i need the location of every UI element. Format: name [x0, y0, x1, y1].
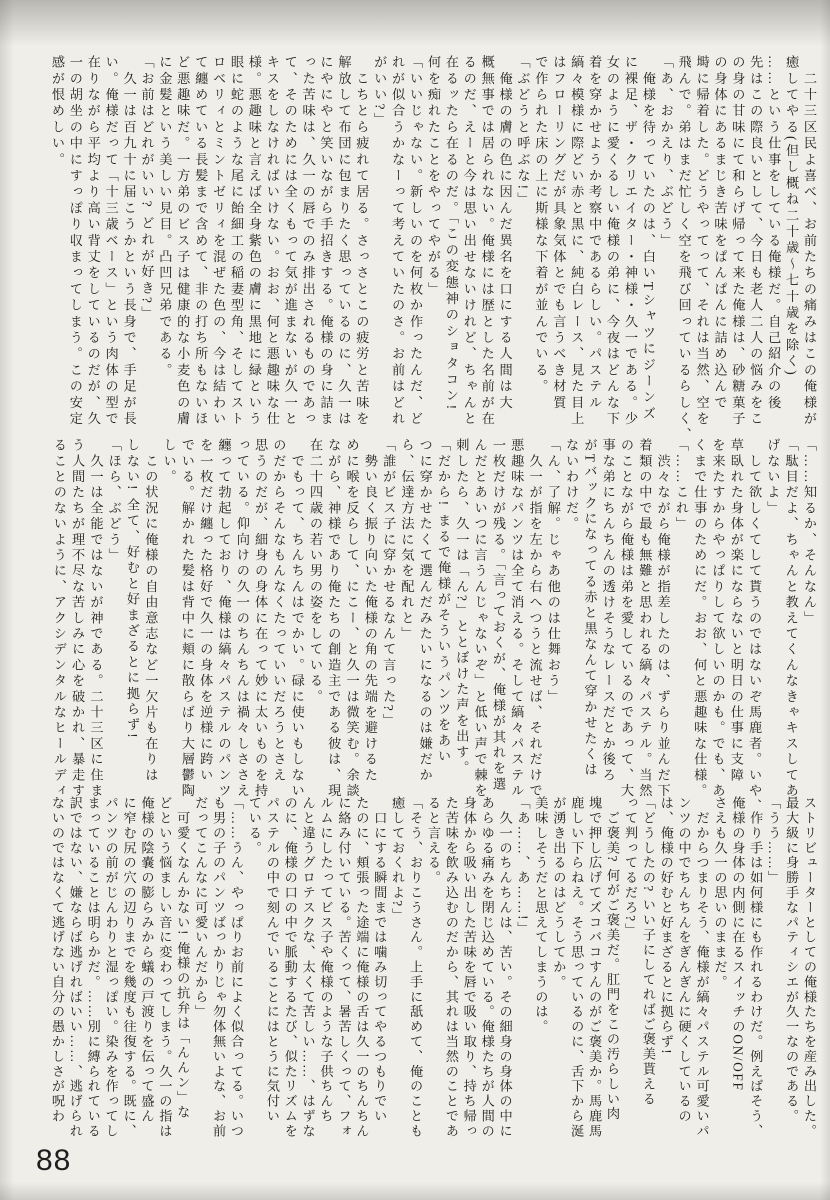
text-block-1: 二十三区民よ喜べ、お前たちの痛みはこの俺様が癒してやる(但し概ね二十歳〜七十歳を…	[44, 55, 818, 433]
text-column: 口にする瞬間までは噛み切ってやるつもりでい	[370, 796, 388, 1142]
text-column: 草臥れた身体が楽にならないと明日の仕事に支障	[727, 438, 745, 802]
text-column: 身体から吸い出した苦味を唇で吸い取り、持ち帰っ	[460, 796, 478, 1142]
text-column: ながら、神様であり俺たちの創造主である彼は、現	[324, 438, 342, 802]
text-column: 「……知るか、そんなん」	[800, 438, 818, 802]
text-column: に金髪という美しい見目。凸凹兄弟である。	[155, 55, 173, 433]
text-column: 二十三区民よ喜べ、お前たちの痛みはこの俺様が	[800, 55, 818, 433]
text-column: 悪趣味なパンツは全て消える。そして縞々パステル	[507, 438, 525, 802]
text-column: 作り手は如何様にも作れるわけだ。例えばそう、	[746, 796, 764, 1142]
text-column: 解放して布団に包まりたく思っているのに、久一は	[335, 55, 353, 433]
text-column: 「……これ」	[672, 438, 690, 802]
text-column: 俺様を待っていたのは、白いTシャツにジーンズ	[639, 55, 657, 433]
text-column: が湧き出るのはどうしてか。	[549, 796, 567, 1142]
text-block-3: ストリビューターとしての俺様たちを産み出した。最大級に身勝手なパティシエが久一な…	[44, 796, 818, 1142]
text-column: のことながら俺様は弟を愛しているのであって、大	[617, 438, 635, 802]
text-column: んと違うグロテスクな、太くて苦しい……、はずな	[299, 796, 317, 1142]
text-column: ないわけだ。	[562, 438, 580, 802]
text-column: のだからそんなもんなくたっていいだろうとさえ	[269, 438, 287, 802]
text-column: い。俺様だって「十三歳ベース」という肉体の型で	[102, 55, 120, 433]
text-column: 在二十四歳の若い男の姿をしている。	[306, 438, 324, 802]
text-column: ど悪趣味だ。一方弟のビス子は健康的な小麦色の膚	[173, 55, 191, 433]
text-column: 久一のちんちんは、苦い。その細身の身体の中に	[496, 796, 514, 1142]
text-column: あらゆる痛みを閉じ込めている。俺様たちが人間の	[478, 796, 496, 1142]
text-column: 「そう、おりこうさん。上手に舐めて、俺のことも	[406, 796, 424, 1142]
text-column: 事な弟にちんちんの透けそうなレースだとか後ろ	[598, 438, 616, 802]
text-column: に窄む尻の穴の辺りまでを幾度も往復する。既に、	[120, 796, 138, 1142]
text-block-2: 「……知るか、そんなん」「駄目だよ、ちゃんと教えてくんなきゃキスしてあげないよ」…	[44, 438, 818, 802]
text-column: しない! 全て、好むと好まざるとに拠らず!	[123, 438, 141, 802]
text-column: て纏めている長髪まで含めて、非の打ち所もないほ	[191, 55, 209, 433]
text-column: ることのないように、アクシデンタルなヒールディ	[50, 438, 68, 802]
text-column: 縞々模様に際どい赤と黒に、純白レース、見た目上	[567, 55, 585, 433]
text-column: 「あ、おかえり、ぶどう」	[657, 55, 675, 433]
text-column: 俺様の陰嚢の膨らみから蟻の戸渡りを伝って盛ん	[138, 796, 156, 1142]
text-column: さえも久一の思いのままだ。	[711, 796, 729, 1142]
text-column: 感が恨めしい。	[48, 55, 66, 433]
text-column: どという悩ましい音に変わってしまう。久一の指は	[155, 796, 173, 1142]
text-column: 塒に帰着した。どうやってって、それは当然、空を	[693, 55, 711, 433]
text-column: 眼に蛇のような尾に飴細工の稲妻型角、そしてスト	[227, 55, 245, 433]
page-number: 88	[36, 1144, 71, 1178]
text-column: 美味しそうだと思えてしまうのは。	[532, 796, 550, 1142]
scan-shadow-left	[0, 0, 14, 1200]
text-column: しい。	[159, 438, 177, 802]
text-column: 鹿しい下らねえ。そう思っているのに、舌下から涎	[567, 796, 585, 1142]
text-column: 何を痴れたことをやってやがる」	[424, 55, 442, 433]
scanned-page: 二十三区民よ喜べ、お前たちの痛みはこの俺様が癒してやる(但し概ね二十歳〜七十歳を…	[0, 0, 830, 1200]
text-column: 癒しておくれよ?」	[388, 796, 406, 1142]
text-column: まっていることは明らかだ。……別に縛られている	[84, 796, 102, 1142]
text-column: るのだ、えーと今は思い出せないけれど、ちゃんと	[460, 55, 478, 433]
text-column: 刺したら、久一は「ん?」ととぼけた声を出す。	[452, 438, 470, 802]
text-column: がいい?」	[370, 55, 388, 433]
text-column: 在りながら平均より高い背丈をしているのだが、久	[84, 55, 102, 433]
text-column: 「ぶどうと呼ぶな!」	[514, 55, 532, 433]
text-column: たのに、頬張った途端に俺様の舌は久一のちんちん	[352, 796, 370, 1142]
text-column: パステルの中で刻んでいることにはとうに気付い	[263, 796, 281, 1142]
text-column: にやにやと笑いながら手招きする。俺様の身に詰ま	[317, 55, 335, 433]
text-column: 様。悪趣味と言えば全身紫色の膚に黒地に緑という	[245, 55, 263, 433]
text-column: 癒してやる(但し概ね二十歳〜七十歳を除く)	[782, 55, 800, 433]
text-column: ら、伝達方法に気を配れと」	[397, 438, 415, 802]
text-column: でもって、ちんちんはでかい。碌に使いもしない	[287, 438, 305, 802]
text-column: れが似合うかなーって考えていたのさ。お前はどれ	[388, 55, 406, 433]
text-column: くまで仕事のためにだ。おお、何と悪趣味な仕様。	[690, 438, 708, 802]
text-column: のに、俺様の口の中で脈動するたび、似たリズムを	[281, 796, 299, 1142]
text-column: 着類の中で最も無難と思われる縞々パステル。当然	[635, 438, 653, 802]
text-column: 思うのだが、細身の身体に在って妙に太いものを持	[251, 438, 269, 802]
text-column: ないのではなくて逃げない自分の愚かしさが呪わ	[48, 796, 66, 1142]
text-column: た苦味を飲み込むのだから、其れは当然のことであ	[442, 796, 460, 1142]
text-column: がTバックになってる赤と黒なんて穿かせたくは	[580, 438, 598, 802]
text-column: 「駄目だよ、ちゃんと教えてくんなきゃキスしてあ	[781, 438, 799, 802]
text-column: 最大級に身勝手なパティシエが久一なのである。	[782, 796, 800, 1142]
text-column: 飛んで。弟はまだ忙しく空を飛び回っているらしく、	[675, 55, 693, 433]
text-column: この状況に俺様の自由意志など一欠片も在りは	[141, 438, 159, 802]
text-column: 俺様の身体の内側に在るスイッチのON/OFF	[728, 796, 746, 1142]
text-column: った苦味は、久一の唇でのみ排出されるものであっ	[299, 55, 317, 433]
text-column: て、そのためには全くもって気が進まないが久一と	[281, 55, 299, 433]
text-column: 一枚だけが残る。「言っておくが、俺様が其れを選	[489, 438, 507, 802]
text-column: 久一は百九十に届こうかという長身で、手足が長	[120, 55, 138, 433]
text-column: を来たすからやっぱりして欲しいのかも。でも、あ	[708, 438, 726, 802]
text-column: でいる。解かれた髪は背中に頬に散らばり大層鬱陶	[178, 438, 196, 802]
text-column: 訳ではない、嫌ならば逃げればいい……、逃げられ	[66, 796, 84, 1142]
scan-shadow-bottom	[0, 1182, 830, 1200]
text-column: げないよ」	[763, 438, 781, 802]
text-column: ている。	[245, 796, 263, 1142]
text-column: 在るッたら在るのだ。「この変態神のショタコン!	[442, 55, 460, 433]
text-column: 「お前はどれがいい? どれが好き?」	[138, 55, 156, 433]
text-column: 「……うん、やっぱりお前によく似合ってる。いつ	[227, 796, 245, 1142]
text-column: の身の甘味にて和らげ帰って来た俺様は、砂糖菓子	[728, 55, 746, 433]
text-column: 塊で押し広げてズコバコすんのがご褒美か。馬鹿馬	[585, 796, 603, 1142]
text-column: ロベリィとミントゼリィを混ぜた色の、今は結わい	[209, 55, 227, 433]
text-column: は、俺様の好むと好まざるとに拠らず!	[657, 796, 675, 1142]
text-column: ストリビューターとしての俺様たちを産み出した。	[800, 796, 818, 1142]
text-column: 「うう……」	[764, 796, 782, 1142]
text-column: 久一は全能ではないが神である。二十三区に住ま	[86, 438, 104, 802]
text-column: パンツの前がじんわりと湿っぽい。染みを作ってし	[102, 796, 120, 1142]
text-column: で作られた床の上に斯様な下着が並んでいる。	[532, 55, 550, 433]
text-column: 概無事では居られない。俺様には歴とした名前が在	[478, 55, 496, 433]
text-column: はフローリングだが具象気体とでも言うべき材質	[549, 55, 567, 433]
scan-shadow-right	[820, 0, 830, 1200]
text-column: ……という仕事をしている俺様だ。自己紹介の後	[764, 55, 782, 433]
text-column: 可愛くなんかない! 俺様の抗弁は「んんン」な	[173, 796, 191, 1142]
text-column: 久一が指を左から右へつうと流せば、それだけで	[525, 438, 543, 802]
scan-shadow-top	[0, 0, 830, 46]
text-column: に絡み付いている。苦くって、暑苦しくって、フォ	[335, 796, 353, 1142]
text-column: キスをしなければいけない。おお、何と悪趣味な仕	[263, 55, 281, 433]
text-column: の身体にあるまじき苦味をぱんぱんに詰め込んで	[711, 55, 729, 433]
text-column: 纏って勃起しており、俺様は縞々パステルのパンツ	[214, 438, 232, 802]
text-column: 「ん、了解。じゃあ他のは仕舞おう」	[544, 438, 562, 802]
text-column: 女のように愛くるしい俺様の弟に、今夜はどんな下	[603, 55, 621, 433]
text-column: も男の子のパンツばっかりじゃ勿体無いよな、お前	[209, 796, 227, 1142]
text-column: 「だから! まるで俺様がそういうパンツをあい	[434, 438, 452, 802]
text-column: ご褒美? 何がご褒美だ。肛門をこの汚らしい肉	[603, 796, 621, 1142]
text-column: つに穿かせたくて選んだみたいになるのは嫌だか	[415, 438, 433, 802]
text-column: だってこんなに可愛いんだから」	[191, 796, 209, 1142]
text-column: 「あ……、あ……!」	[514, 796, 532, 1142]
text-column: 着を穿かせようか考察中であるらしい。パステル	[585, 55, 603, 433]
text-column: んだとあいつに言うんじゃないぞ」と低い声で棘を	[470, 438, 488, 802]
text-column: っている。仰向けの久一のちんちんは禍々しささえ	[233, 438, 251, 802]
text-column: こちとら疲れて居る。さっさとこの疲労と苦味を	[352, 55, 370, 433]
text-column: 勢い良く振り向いた俺様の角の先端を避けるた	[361, 438, 379, 802]
text-column: して欲しくてして貰うのではないぞ馬鹿者。いや、	[745, 438, 763, 802]
text-column: 「どうしたの? いい子にしてればご褒美貰える	[639, 796, 657, 1142]
text-column: に裸足、ザ・クリエイター・神様・久一である。少	[621, 55, 639, 433]
text-column: 「いいじゃない。新しいのを何枚か作ったんだ、ど	[406, 55, 424, 433]
text-column: めに喉を反らして、にこー、と久一は微笑む。余談	[342, 438, 360, 802]
text-column: 先はこの際良いとして、今日も老人二人の悩みをこ	[746, 55, 764, 433]
text-column: う人間たちが理不尽な苦しみに心を破かれ、暴走す	[68, 438, 86, 802]
text-column: 「ほら、ぶどう」	[104, 438, 122, 802]
text-column: って判ってるだろ?」	[621, 796, 639, 1142]
text-column: を一枚だけ纏った格好で久一の身体を逆様に跨い	[196, 438, 214, 802]
text-column: 「誰がビス子に穿かせるなんて言った?」	[379, 438, 397, 802]
text-column: ンツの中でちんちんをぎんぎんに硬くしているの	[675, 796, 693, 1142]
text-column: ルムにしたってビス子や俺様のような子供ちんち	[317, 796, 335, 1142]
text-column: 一の胡坐の中にすっぽり収まってしまう。この安定	[66, 55, 84, 433]
text-column: だからつまりそう、俺様が縞々パステル可愛いパ	[693, 796, 711, 1142]
text-column: 俺様の膚の色に因んだ異名を口にする人間は大	[496, 55, 514, 433]
text-column: 渋々ながら俺様が指差したのは、ずらり並んだ下	[653, 438, 671, 802]
text-column: ると言える。	[424, 796, 442, 1142]
